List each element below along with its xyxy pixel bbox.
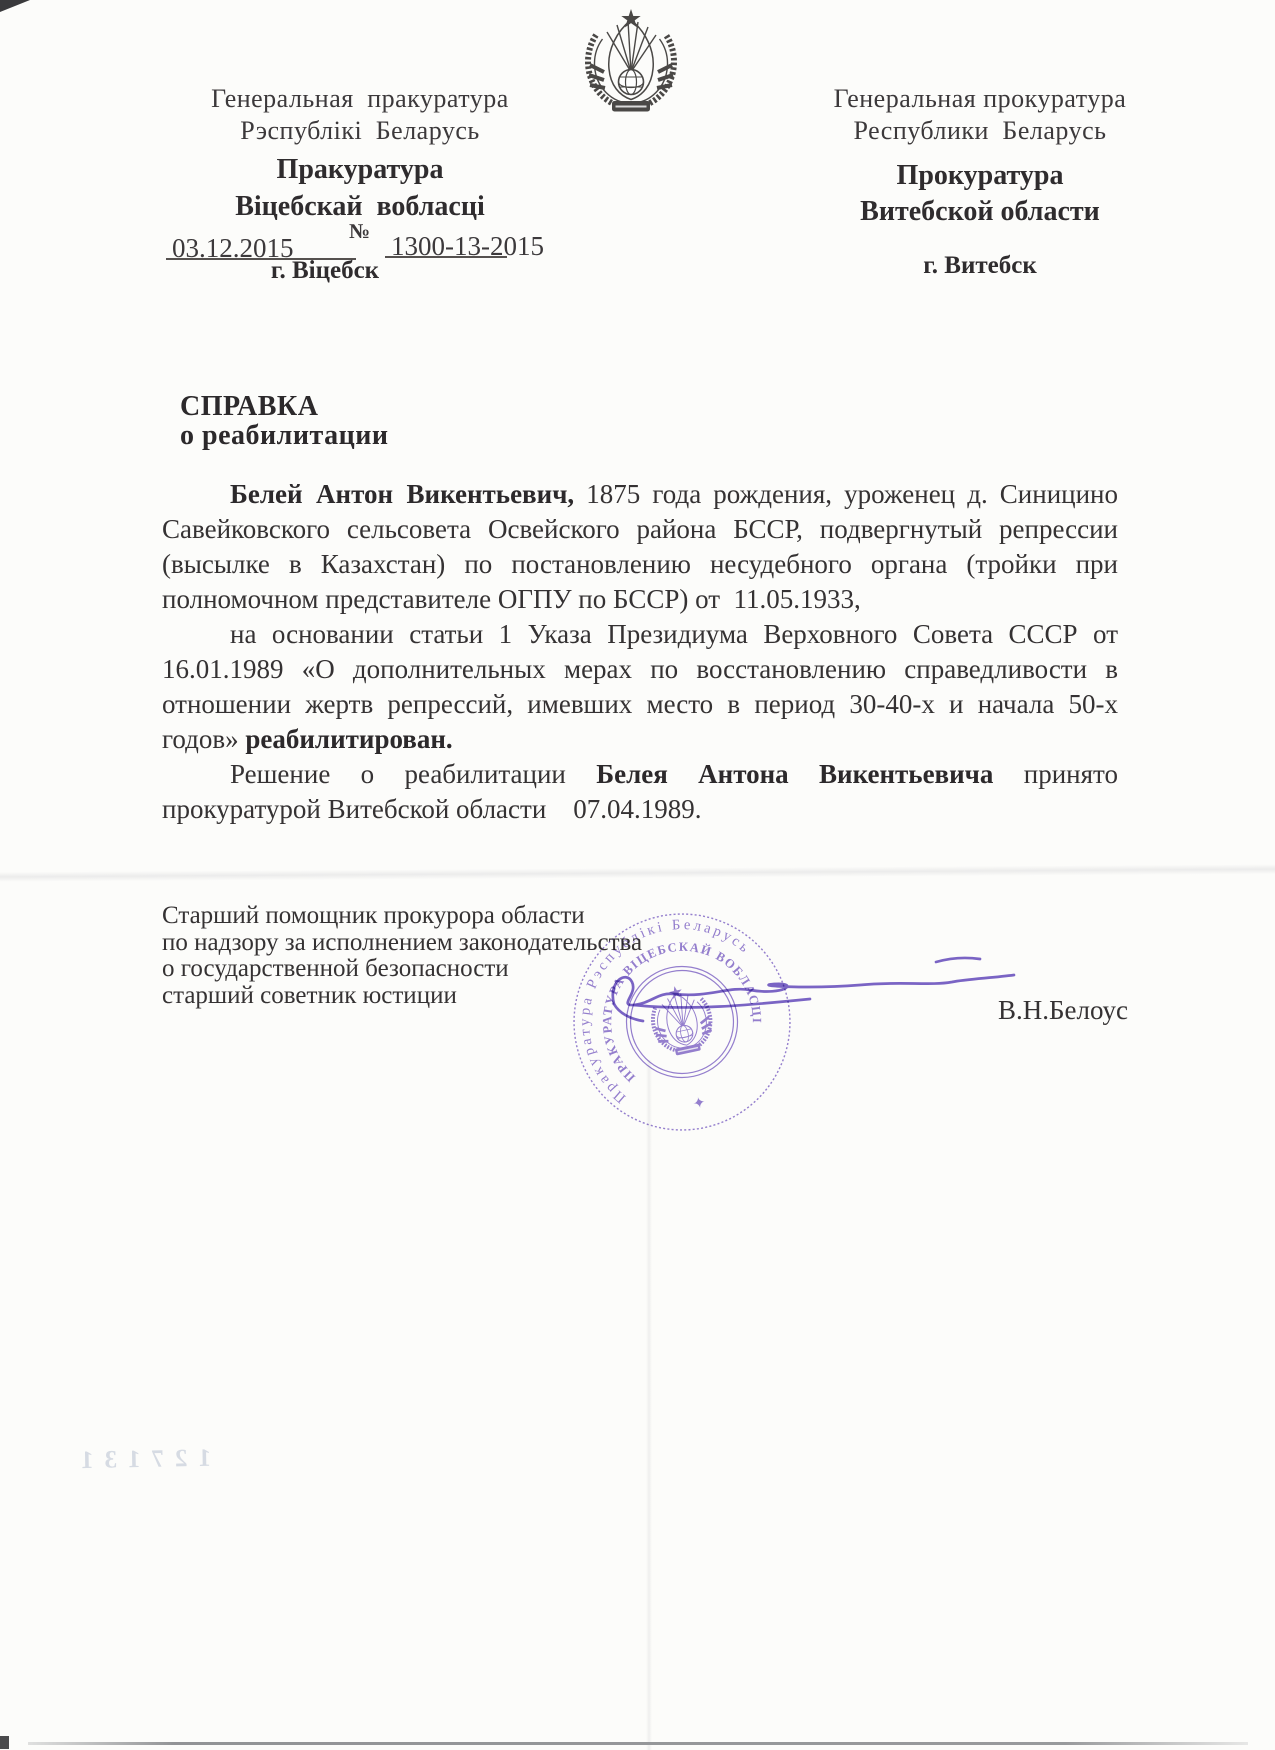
rehabilitated-word: реабилитирован.	[245, 724, 452, 754]
decision-lead: Решение о реабилитации	[230, 759, 596, 789]
header-left-org-line2: Рэспублікі Беларусь	[160, 116, 560, 146]
header-right-city: г. Витебск	[780, 252, 1180, 280]
handwritten-signature	[598, 952, 1043, 1037]
paragraph-decision: Решение о реабилитации Белея Антона Вике…	[162, 757, 1118, 827]
header-right-org-line1: Генеральная прокуратура	[780, 84, 1180, 114]
document-body: Белей Антон Викентьевич, 1875 года рожде…	[162, 477, 1118, 827]
document-page: Генеральная пракуратура Рэспублікі Белар…	[0, 0, 1275, 1750]
belarus-coat-of-arms-icon	[581, 8, 681, 125]
scan-artifact-corner	[0, 1736, 9, 1749]
scan-artifact-edge-line	[28, 1742, 1248, 1745]
person-name: Белей Антон Викентьевич,	[230, 479, 574, 509]
header-left-org-line1: Генеральная пракуратура	[160, 84, 560, 114]
header-left-office-line1: Пракуратура	[160, 154, 560, 186]
header-right-org-line2: Республики Беларусь	[780, 116, 1180, 146]
title-line1: СПРАВКА	[180, 392, 388, 421]
number-sign: №	[349, 219, 370, 244]
paragraph-legal-basis: на основании статьи 1 Указа Президиума В…	[162, 617, 1118, 757]
paper-crease-vertical	[646, 1060, 652, 1750]
scan-artifact-corner	[0, 0, 30, 12]
document-title: СПРАВКА о реабилитации	[180, 392, 388, 450]
header-right-office-line2: Витебской области	[780, 196, 1180, 228]
bleedthrough-number: 127131	[70, 1445, 211, 1475]
header-right-office-line1: Прокуратура	[780, 160, 1180, 192]
person-name-genitive: Белея Антона Викентьевича	[596, 759, 993, 789]
paper-crease-horizontal	[0, 864, 1275, 882]
title-line2: о реабилитации	[180, 421, 388, 450]
header-left-city: г. Віцебск	[235, 257, 415, 285]
four-point-star-icon: ✦	[692, 1095, 708, 1113]
paragraph-person: Белей Антон Викентьевич, 1875 года рожде…	[162, 477, 1118, 617]
